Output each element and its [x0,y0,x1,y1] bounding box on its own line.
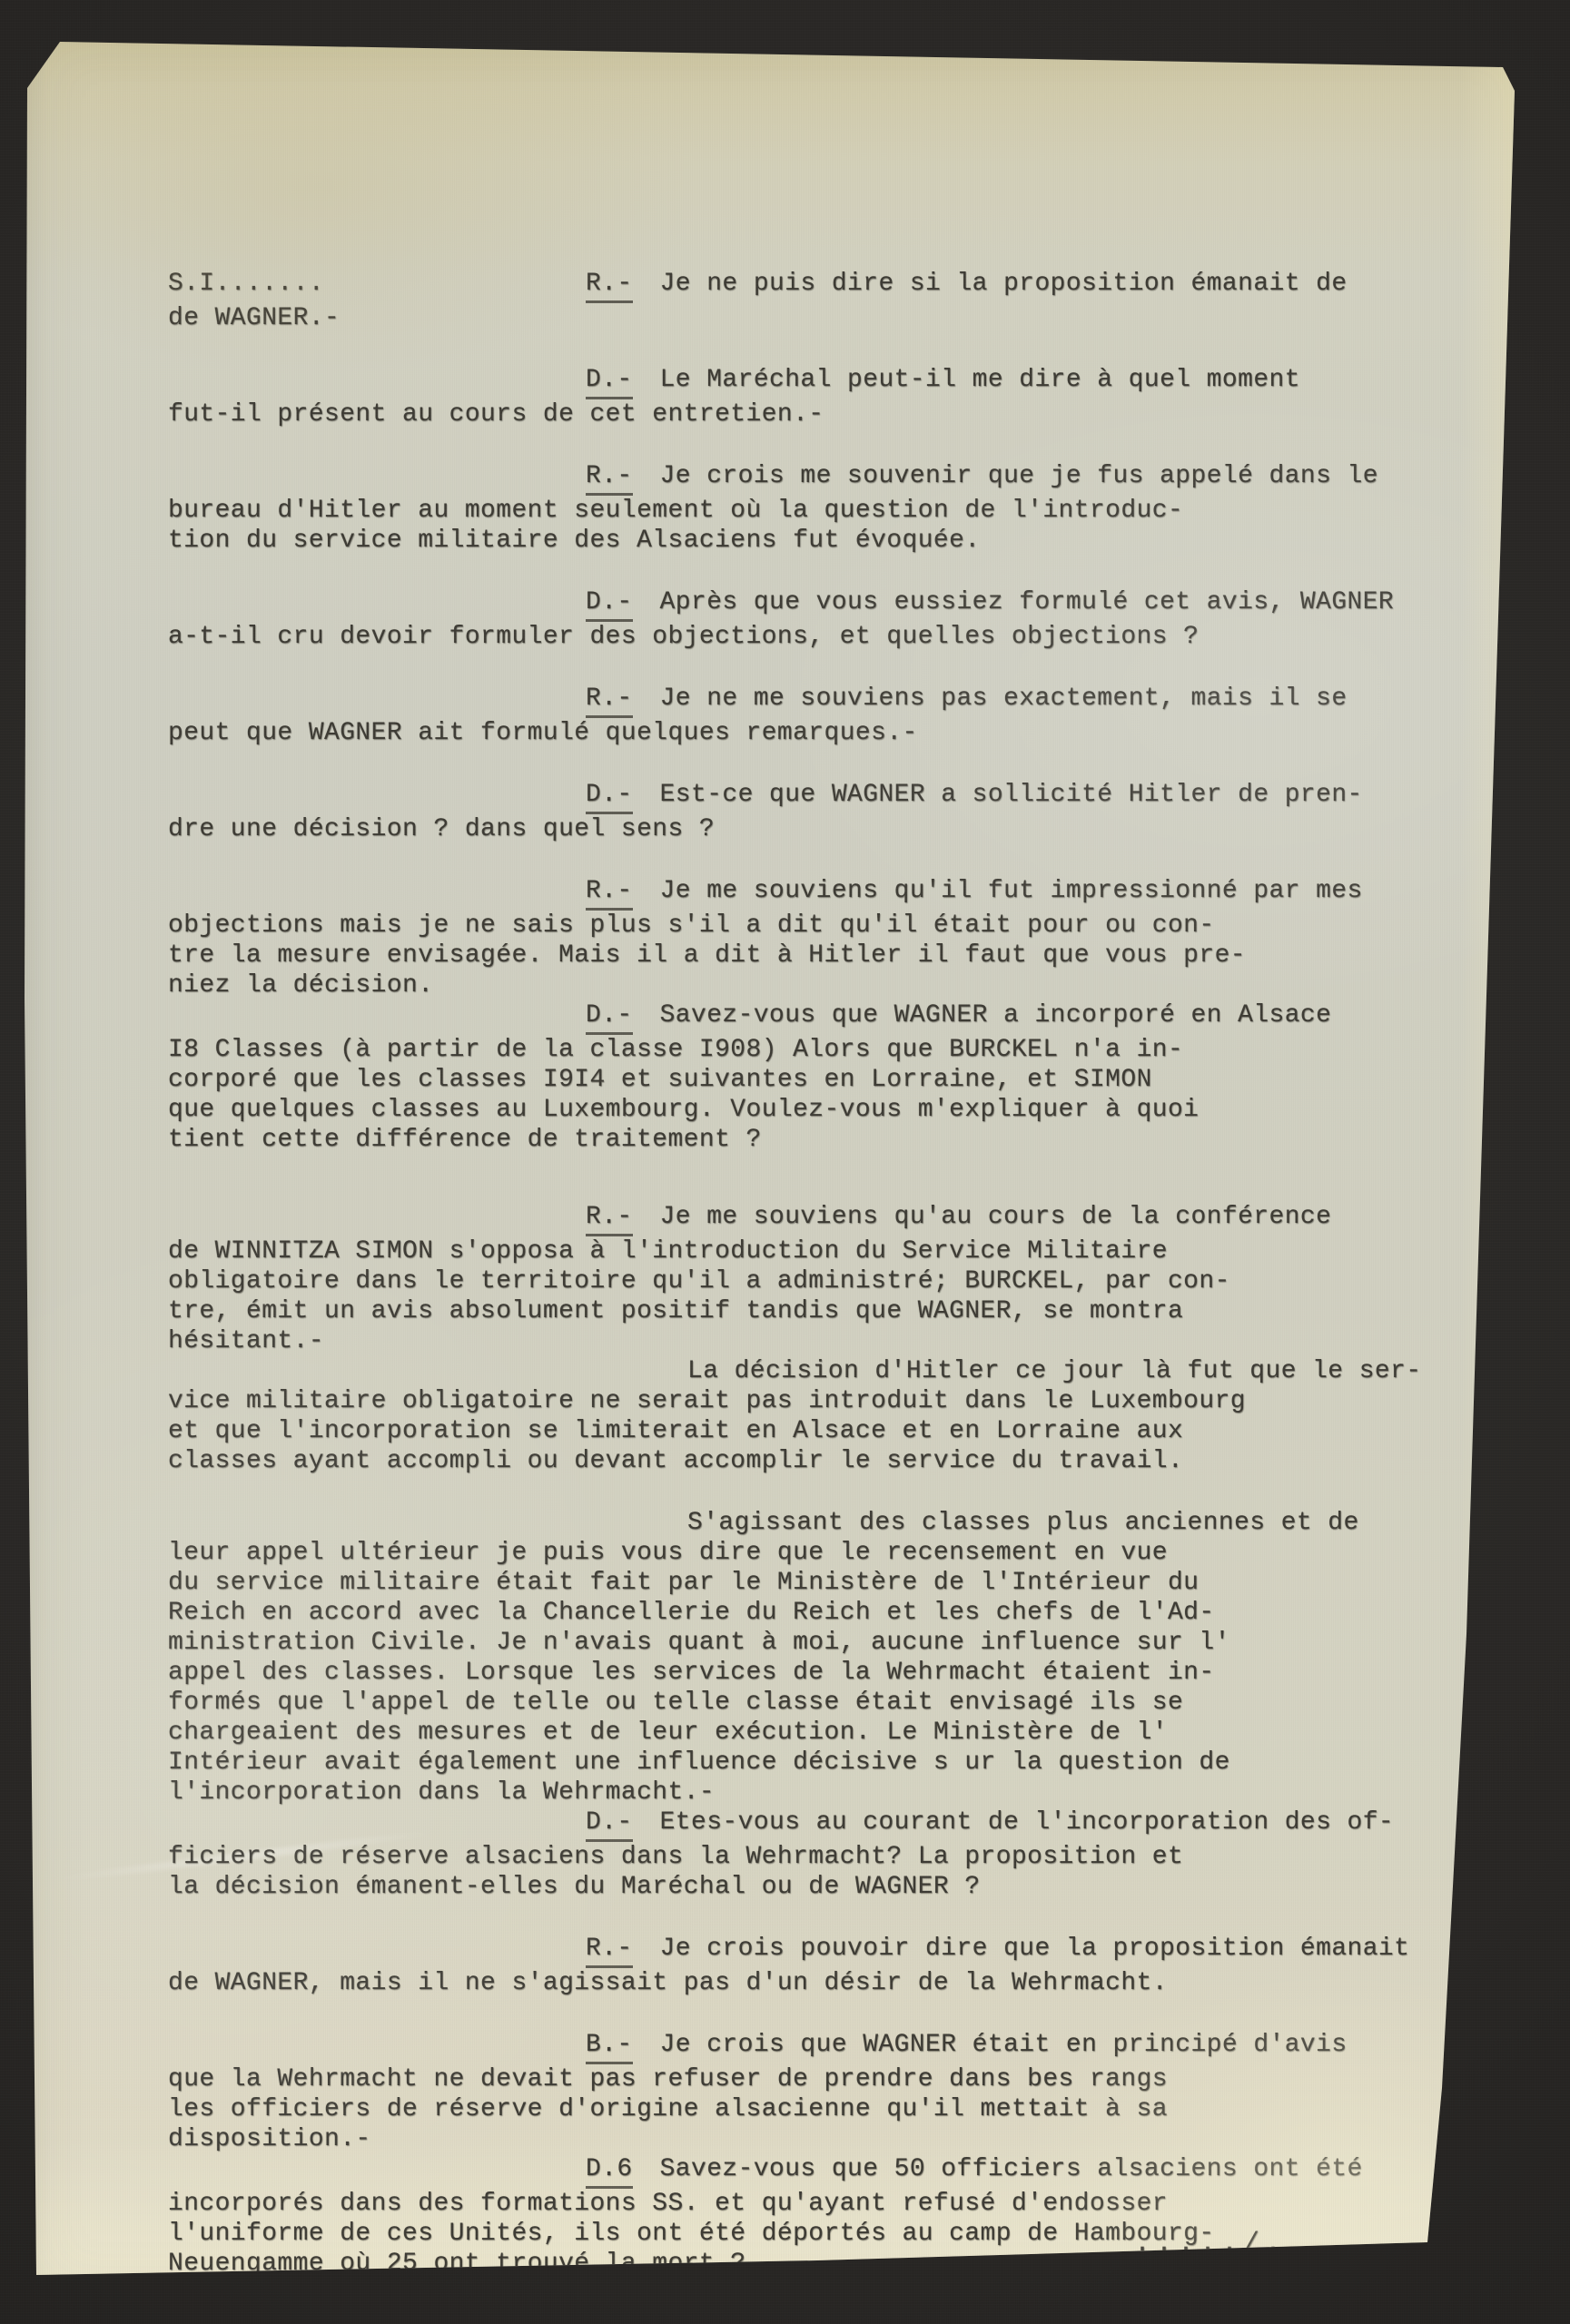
qa-marker: R.- [586,1202,633,1236]
qa-marker: R.- [586,876,633,911]
qa-marker: R.- [586,684,633,718]
paper-crease [51,1828,439,1884]
paragraph: D.-Est-ce que WAGNER a sollicité Hitler … [168,780,1512,844]
document-page: S.I.......R.-Je ne puis dire si la propo… [0,0,1570,2324]
paragraph: D.-Après que vous eussiez formulé cet av… [168,587,1512,652]
qa-marker: R.- [586,461,633,496]
paragraph: R.-Je crois me souvenir que je fus appel… [168,461,1512,556]
qa-marker: R.- [586,1934,633,1968]
document-body: S.I.......R.-Je ne puis dire si la propo… [168,269,1512,2279]
paragraph: B.-Je crois que WAGNER était en principé… [168,2030,1512,2154]
paragraph: R.-Je me souviens qu'il fut impressionné… [168,876,1512,1000]
paragraph: R.-Je crois pouvoir dire que la proposit… [168,1934,1512,1998]
qa-marker: D.- [586,587,633,622]
paragraph: D.-Etes-vous au courant de l'incorporati… [168,1807,1512,1902]
scanner-bed-background: S.I.......R.-Je ne puis dire si la propo… [0,0,1570,2324]
qa-marker: D.- [586,780,633,814]
qa-marker: D.- [586,1807,633,1842]
paragraph: S.I.......R.-Je ne puis dire si la propo… [168,269,1512,333]
qa-marker: D.- [586,365,633,399]
paragraph: R.-Je ne me souviens pas exactement, mai… [168,684,1512,748]
paragraph: R.-Je me souviens qu'au cours de la conf… [168,1202,1512,1356]
paragraph: D.-Savez-vous que WAGNER a incorporé en … [168,1000,1512,1155]
qa-marker: B.- [586,2030,633,2064]
qa-marker: R.- [586,269,633,303]
page-continuation-mark: ...../... [168,2230,1330,2260]
qa-marker: D.6 [586,2154,633,2189]
paragraph: La décision d'Hitler ce jour là fut que … [168,1356,1512,1476]
paragraph: D.-Le Maréchal peut-il me dire à quel mo… [168,365,1512,429]
qa-marker: D.- [586,1000,633,1035]
paragraph: D.6Savez-vous que 50 officiers alsaciens… [168,2154,1512,2279]
margin-annotation: S.I....... [168,269,324,299]
paragraph: S'agissant des classes plus anciennes et… [168,1508,1512,1807]
